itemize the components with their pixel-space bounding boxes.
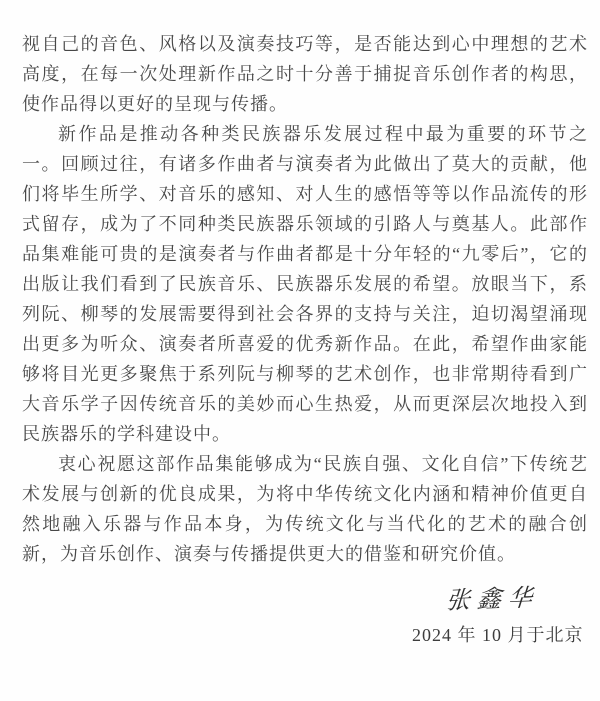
signature-date: 2024 年 10 月于北京 — [412, 623, 572, 647]
preface-text-block: 视自己的音色、风格以及演奏技巧等，是否能达到心中理想的艺术高度，在每一次处理新作… — [22, 29, 588, 569]
preface-page: 视自己的音色、风格以及演奏技巧等，是否能达到心中理想的艺术高度，在每一次处理新作… — [0, 0, 600, 701]
signature-name: 张鑫华 — [444, 583, 539, 616]
paragraph-2: 新作品是推动各种类民族器乐发展过程中最为重要的环节之一。回顾过往，有诸多作曲者与… — [22, 119, 588, 449]
paragraph-1: 视自己的音色、风格以及演奏技巧等，是否能达到心中理想的艺术高度，在每一次处理新作… — [22, 29, 588, 119]
paragraph-3: 衷心祝愿这部作品集能够成为“民族自强、文化自信”下传统艺术发展与创新的优良成果，… — [22, 449, 588, 569]
signature-block: 张鑫华 2024 年 10 月于北京 — [412, 585, 572, 647]
